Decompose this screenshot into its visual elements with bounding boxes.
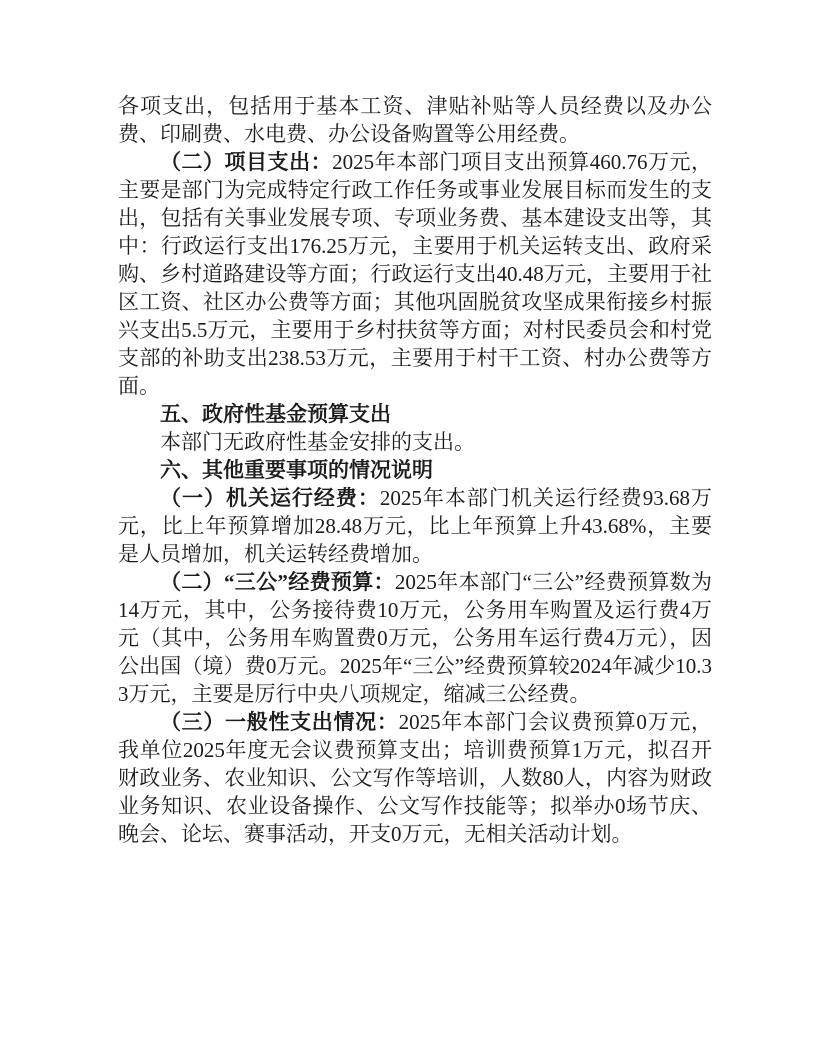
paragraph-text: 各项支出，包括用于基本工资、津贴补贴等人员经费以及办公费、印刷费、水电费、办公设… — [118, 94, 712, 146]
paragraph-text: 本部门无政府性基金安排的支出。 — [160, 430, 475, 454]
section-heading-government-fund-budget: 五、政府性基金预算支出 — [118, 400, 712, 428]
paragraph-label-general-expenditure-situation: （三）一般性支出情况： — [160, 710, 399, 734]
paragraph-label-three-public-expense-budget: （二）“三公”经费预算： — [160, 570, 395, 594]
paragraph-agency-operating-funds: （一）机关运行经费：2025年本部门机关运行经费93.68万元，比上年预算增加2… — [118, 484, 712, 568]
paragraph-three-public-expense-budget: （二）“三公”经费预算：2025年本部门“三公”经费预算数为14万元，其中，公务… — [118, 568, 712, 708]
paragraph-label-project-expenditure: （二）项目支出： — [160, 150, 332, 174]
document-page: 各项支出，包括用于基本工资、津贴补贴等人员经费以及办公费、印刷费、水电费、办公设… — [0, 0, 816, 1056]
paragraph-project-expenditure: （二）项目支出：2025年本部门项目支出预算460.76万元，主要是部门为完成特… — [118, 148, 712, 400]
paragraph-label-agency-operating-funds: （一）机关运行经费： — [160, 486, 380, 510]
paragraph-text: 2025年本部门项目支出预算460.76万元，主要是部门为完成特定行政工作任务或… — [118, 150, 712, 398]
paragraph-general-expenditure-situation: （三）一般性支出情况：2025年本部门会议费预算0万元，我单位2025年度无会议… — [118, 708, 712, 848]
section-heading-other-important-matters: 六、其他重要事项的情况说明 — [118, 456, 712, 484]
paragraph-basic-expenditure-continuation: 各项支出，包括用于基本工资、津贴补贴等人员经费以及办公费、印刷费、水电费、办公设… — [118, 92, 712, 148]
paragraph-no-government-fund: 本部门无政府性基金安排的支出。 — [118, 428, 712, 456]
